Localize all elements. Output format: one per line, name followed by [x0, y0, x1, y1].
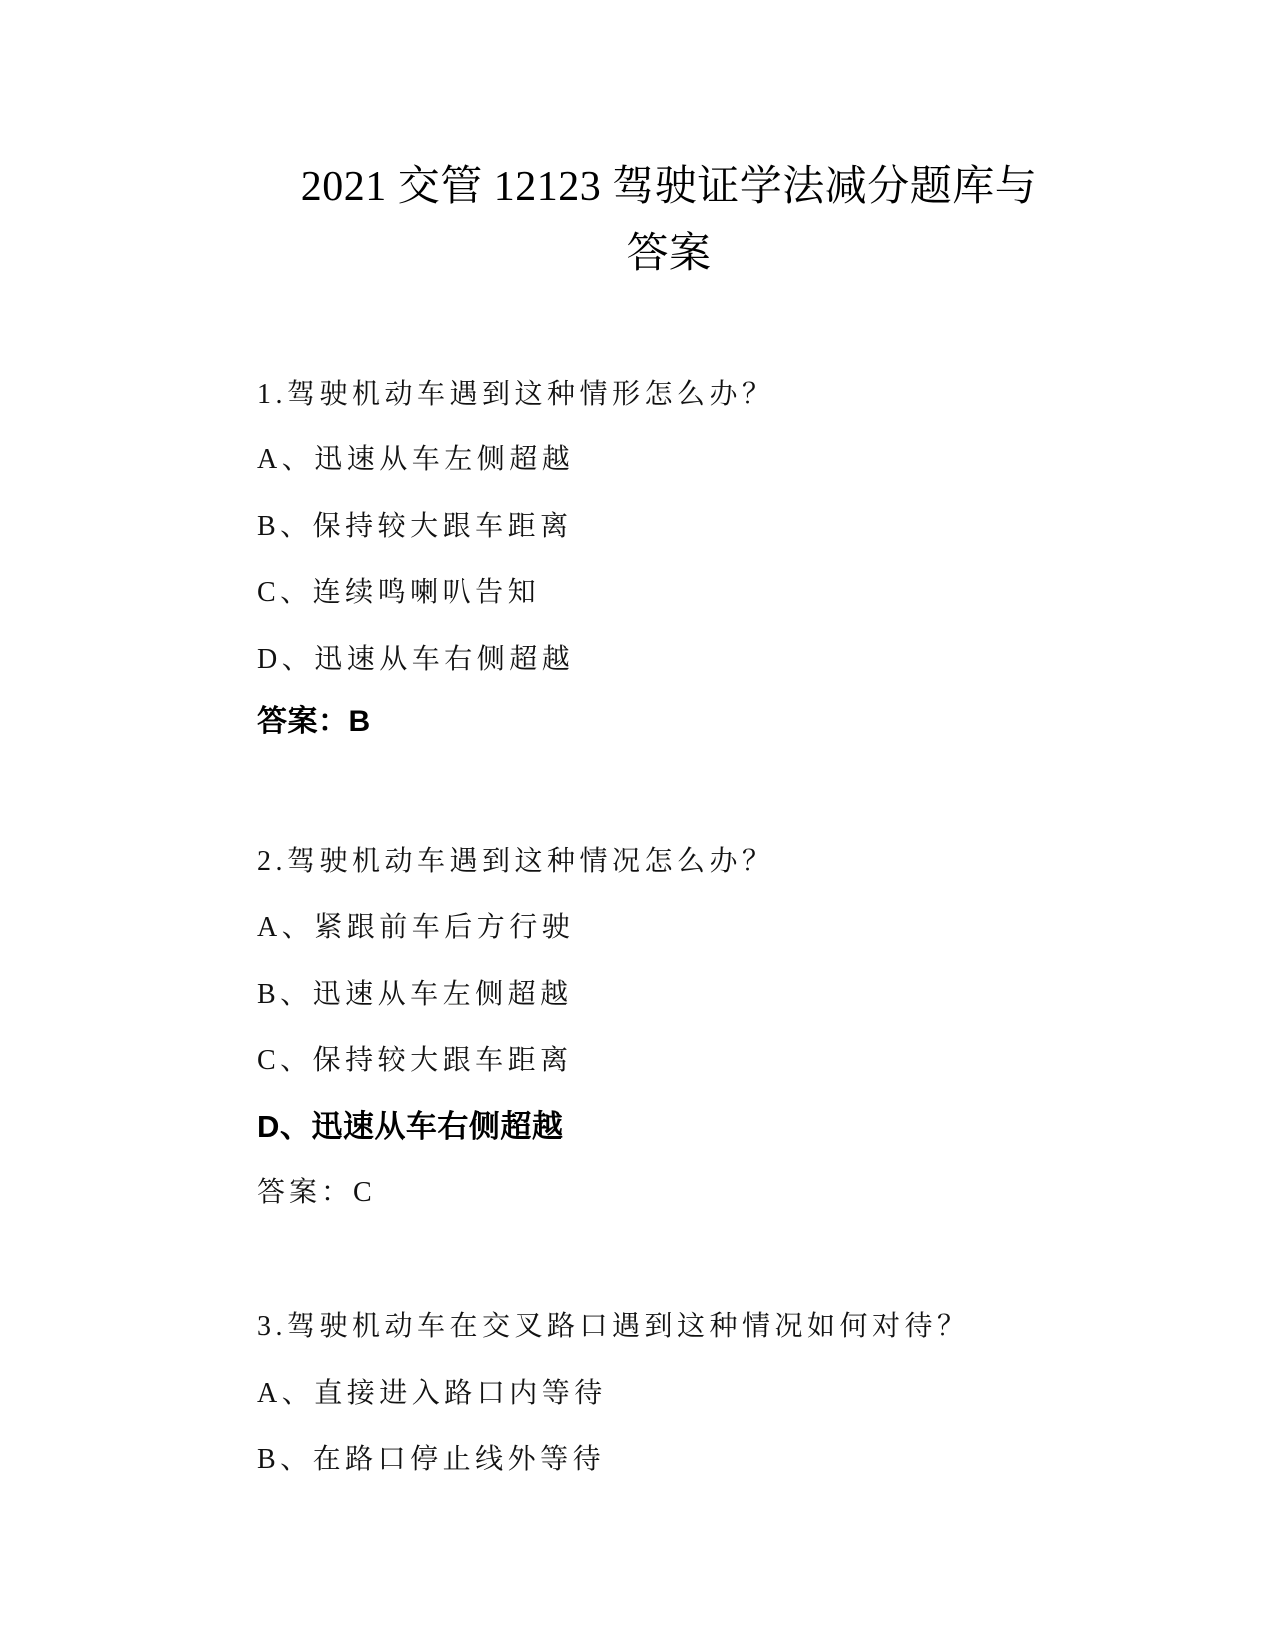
- question-1-option-d: D、迅速从车右侧超越: [257, 640, 574, 680]
- question-2-option-a: A、紧跟前车后方行驶: [257, 908, 574, 948]
- question-1-option-a: A、迅速从车左侧超越: [257, 440, 574, 480]
- question-3-option-b: B、在路口停止线外等待: [257, 1440, 605, 1480]
- question-3-option-a: A、直接进入路口内等待: [257, 1374, 607, 1414]
- question-2-option-c: C、保持较大跟车距离: [257, 1041, 573, 1081]
- question-1-option-c: C、连续鸣喇叭告知: [257, 573, 540, 613]
- document-page: 2021 交管 12123 驾驶证学法减分题库与 答案 1.驾驶机动车遇到这种情…: [0, 0, 1275, 1650]
- question-2-option-d: D、迅速从车右侧超越: [257, 1107, 563, 1147]
- question-1-answer: 答案：B: [257, 702, 371, 742]
- question-2-option-b: B、迅速从车左侧超越: [257, 975, 573, 1015]
- document-title: 2021 交管 12123 驾驶证学法减分题库与 答案: [262, 154, 1076, 288]
- question-1-option-b: B、保持较大跟车距离: [257, 507, 573, 547]
- title-line-2: 答案: [262, 221, 1076, 288]
- question-2-text: 2.驾驶机动车遇到这种情况怎么办？: [257, 842, 775, 882]
- question-2-answer: 答案：C: [257, 1173, 376, 1213]
- question-3-text: 3.驾驶机动车在交叉路口遇到这种情况如何对待？: [257, 1307, 970, 1347]
- title-line-1: 2021 交管 12123 驾驶证学法减分题库与: [262, 154, 1076, 221]
- question-1-text: 1.驾驶机动车遇到这种情形怎么办？: [257, 375, 775, 415]
